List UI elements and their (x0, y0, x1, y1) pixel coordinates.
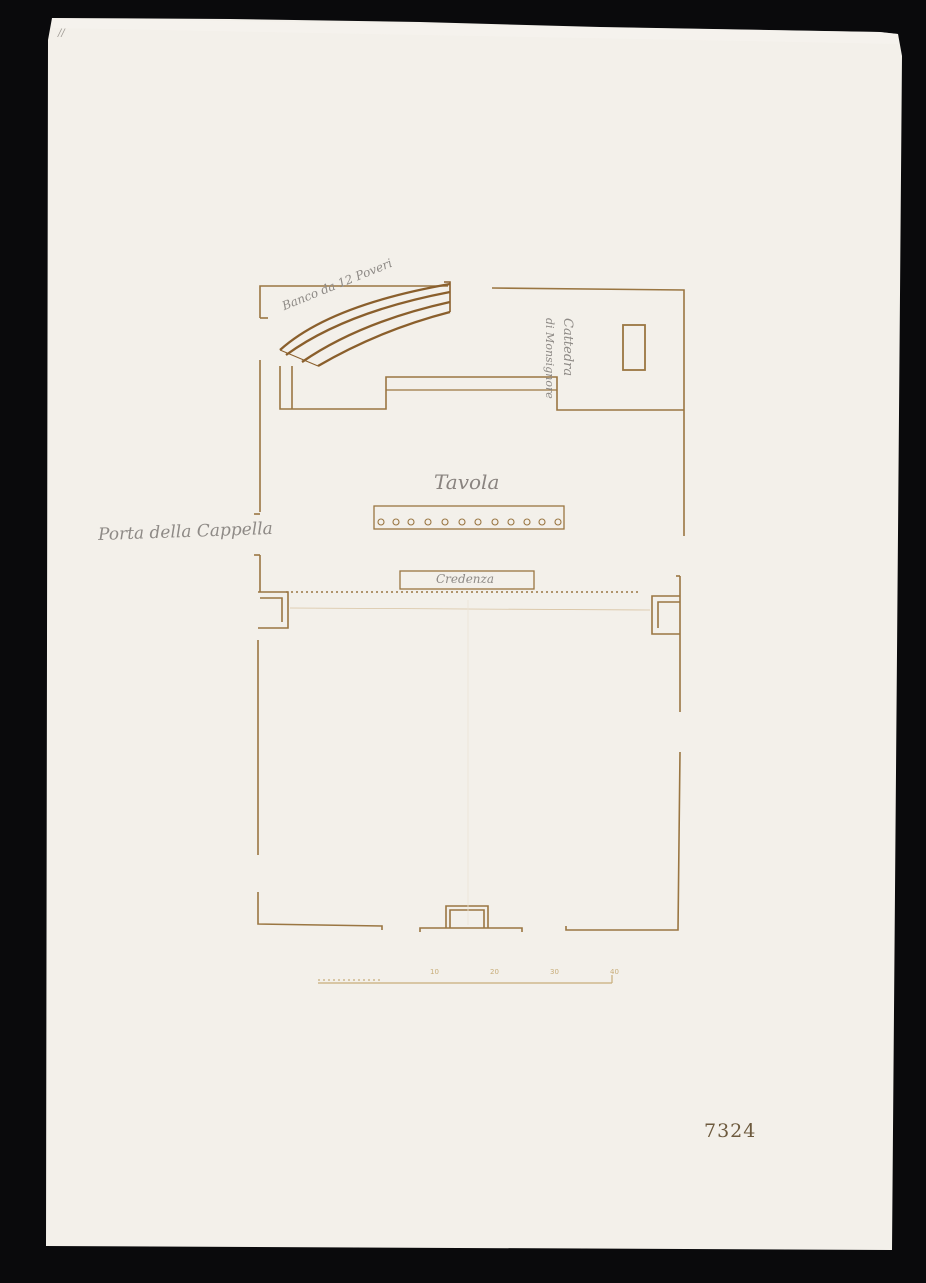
scale-ticks: 10 20 30 40 (430, 968, 630, 980)
scale-tick: 20 (490, 968, 499, 976)
scale-tick: 40 (610, 968, 619, 976)
paper-sheet (46, 18, 902, 1250)
credenza-label: Credenza (436, 572, 494, 586)
cathedra-label-line1: Cattedra (560, 318, 575, 399)
catalog-number: 7324 (704, 1120, 756, 1142)
scale-tick: 30 (550, 968, 559, 976)
scanned-drawing: Banco da 12 Poveri Cattedra di Monsignor… (0, 0, 926, 1283)
cathedra-label-line2: di Monsignore (543, 318, 556, 399)
cathedra-label: Cattedra di Monsignore (547, 318, 575, 399)
floor-plan-drawing (0, 0, 926, 1283)
corner-mark: // (58, 28, 65, 39)
scale-tick: 10 (430, 968, 439, 976)
table-label: Tavola (434, 470, 499, 494)
